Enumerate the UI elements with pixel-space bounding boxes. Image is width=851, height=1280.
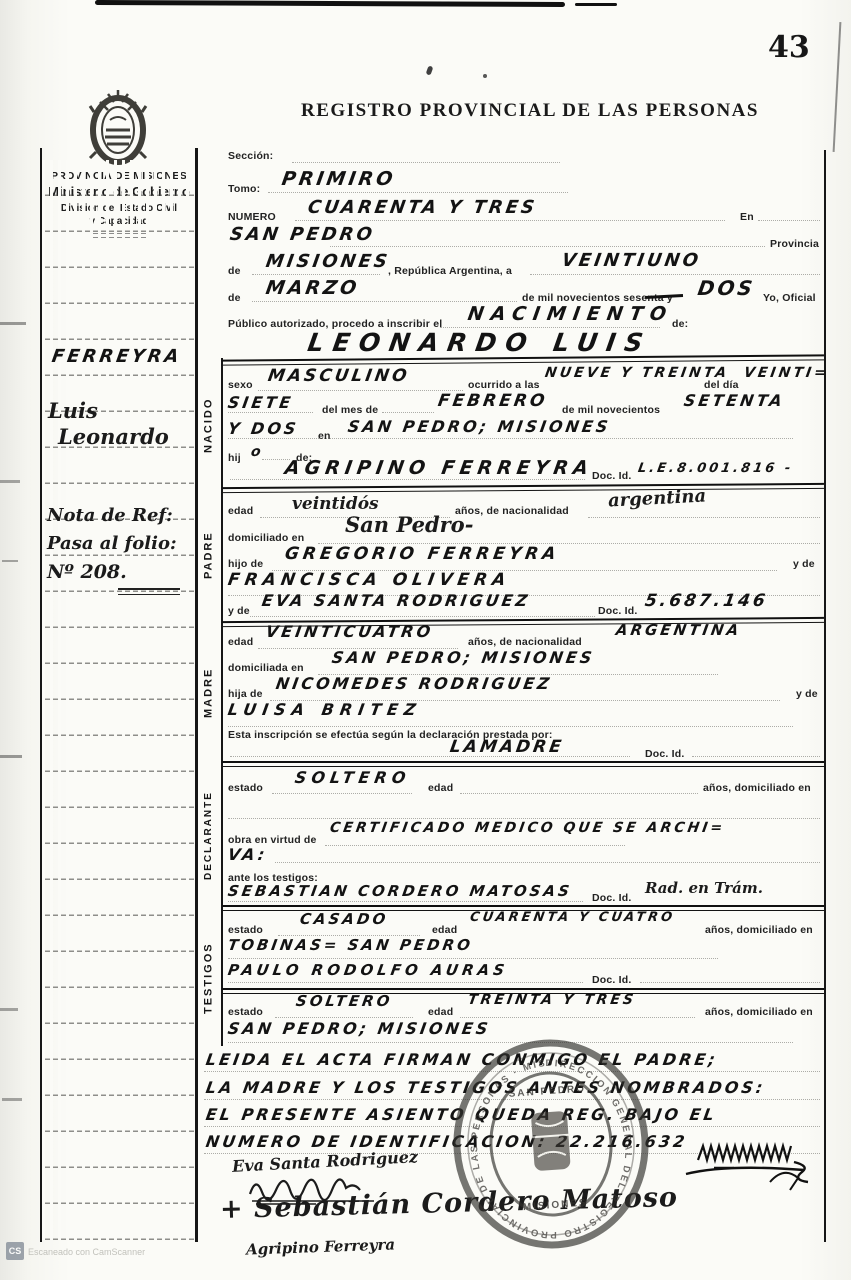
margin-given-name-2: Leonardo <box>58 424 169 449</box>
section-label-nacido: NACIDO <box>196 366 221 484</box>
w1-estado-label: estado <box>228 924 263 936</box>
stamp-bottom-text: MISIONES <box>523 1198 589 1214</box>
scan-artifact-edge-dash-5 <box>0 1008 18 1011</box>
madre-edad-value: VEINTICUATRO <box>264 622 434 641</box>
w2-dom-label: años, domiciliado en <box>705 1006 813 1018</box>
camscanner-badge: CS <box>6 1242 24 1260</box>
padre-yde-label: y de <box>793 558 815 570</box>
scanned-birth-certificate-page: 43 REGISTRO PROVINCIAL DE LAS PERSONAS P… <box>0 0 851 1280</box>
numero-dotted-line <box>295 220 725 221</box>
tomo-label: Tomo: <box>228 183 260 195</box>
hij-o-value: o <box>250 444 265 460</box>
mother-signature: Eva Santa Rodriguez <box>232 1147 419 1176</box>
birth-year-part2: Y DOS <box>226 419 300 438</box>
scan-artifact-edge-dash-3 <box>2 560 18 562</box>
birth-year-part1: SETENTA <box>682 391 786 410</box>
stamp-coat-of-arms <box>529 1111 573 1172</box>
witness1-docid-label: Doc. Id. <box>592 892 632 904</box>
page-number: 43 <box>768 30 810 65</box>
margin-ref-note-line3: Nº 208. <box>47 561 127 583</box>
padre-grandmother: FRANCISCA OLIVERA <box>226 570 511 590</box>
province-value: MISIONES <box>264 251 391 272</box>
tomo-value: PRIMIRO <box>280 168 397 190</box>
seccion-label: Sección: <box>228 150 273 162</box>
provincial-coat-of-arms-emblem <box>86 86 150 168</box>
declarante-dom-label: años, domiciliado en <box>703 782 811 794</box>
section-label-testigos: TESTIGOS <box>196 912 221 1044</box>
acto-value: NACIMIENTO <box>466 303 675 325</box>
obra-value-line1: CERTIFICADO MEDICO QUE SE ARCHI= <box>329 820 727 836</box>
w2-name-dotted <box>228 982 583 983</box>
padre-dom-label: domiciliado en <box>228 532 304 544</box>
scan-artifact-edge-dash-2 <box>0 480 20 483</box>
place-dotted-line <box>330 246 765 247</box>
dia-label: del día <box>704 379 739 391</box>
birth-day-part2: SIETE <box>226 393 294 412</box>
margin-ref-note-line2: Pasa al folio: <box>47 533 177 554</box>
birthplace-dotted-line <box>228 438 793 439</box>
republica-label: , República Argentina, a <box>388 265 512 277</box>
sexo-label: sexo <box>228 379 253 391</box>
border-right <box>824 150 826 1242</box>
camscanner-text: Escaneado con CamScanner <box>28 1247 145 1257</box>
margin-surname: FERREYRA <box>50 346 183 367</box>
inscripto-name: LEONARDO LUIS <box>306 328 654 357</box>
w1-edad-value: CUARENTA Y CUATRO <box>469 910 676 925</box>
province-dotted-line <box>252 274 380 275</box>
obra-value-line2: VA: <box>226 845 268 864</box>
madre-grandfather: NICOMEDES RODRIGUEZ <box>274 674 553 693</box>
signature-scribble-right <box>684 1138 814 1194</box>
mother-name-dotted <box>250 616 595 617</box>
scan-artifact-right-line <box>833 22 842 152</box>
year-value: DOS <box>696 276 757 300</box>
sexo-dotted-line <box>258 390 463 391</box>
scan-artifact-ink-dot-2 <box>483 74 487 78</box>
w2-estado-label: estado <box>228 1006 263 1018</box>
birth-place-value: SAN PEDRO; MISIONES <box>346 417 612 436</box>
stamp-top-text: SAN PEDRO <box>508 1083 586 1099</box>
w2-name: PAULO RODOLFO AURAS <box>227 961 510 979</box>
witness1-dotted <box>228 901 583 902</box>
margin-ref-note-line1: Nota de Ref: <box>47 505 173 526</box>
mes-dotted-line <box>382 412 434 413</box>
mes-label: del mes de <box>322 404 378 416</box>
father-doc-value: L.E.8.001.816 - <box>637 461 795 476</box>
mother-docid-label: Doc. Id. <box>598 605 638 617</box>
padre-dom-value: San Pedro- <box>345 512 473 537</box>
numero-value: CUARENTA Y TRES <box>306 197 538 218</box>
place-value: SAN PEDRO <box>228 224 376 245</box>
declarante-estado-value: SOLTERO <box>293 768 411 787</box>
madre-dom-value: SAN PEDRO; MISIONES <box>330 648 596 667</box>
birth-month-value: FEBRERO <box>436 391 549 411</box>
madre-nac-value: ARGENTINA <box>615 621 743 639</box>
obra2-dotted <box>275 862 820 863</box>
en2-label: en <box>318 430 331 442</box>
w2-docid-label: Doc. Id. <box>592 974 632 986</box>
w1-edad-label: edad <box>432 924 457 936</box>
birth-day-part1: VEINTI= <box>743 365 830 381</box>
month-dotted-line <box>252 301 517 302</box>
margin-note-underline <box>118 588 180 595</box>
section-label-declarante: DECLARANTE <box>196 768 221 904</box>
padre-nac-dotted <box>588 517 820 518</box>
madre-nac-label: años, de nacionalidad <box>468 636 582 648</box>
de2-label: de <box>228 292 241 304</box>
sexo-value: MASCULINO <box>266 366 411 386</box>
w2-edad-value: TREINTA Y TRES <box>467 992 638 1008</box>
rule-madre-bottom <box>222 761 824 767</box>
ocurrido-label: ocurrido a las <box>468 379 540 391</box>
month-value: MARZO <box>264 277 361 299</box>
seccion-dotted-line <box>292 162 560 163</box>
padre-hijo-label: hijo de <box>228 558 263 570</box>
en-label: En <box>740 211 754 223</box>
padre-edad-label: edad <box>228 505 253 517</box>
madre-grandmother-dotted <box>228 726 793 727</box>
w2-edad-dotted <box>460 1017 695 1018</box>
tomo-dotted-line <box>268 192 568 193</box>
declarant-docid-dotted <box>692 756 820 757</box>
declarant-docid-label: Doc. Id. <box>645 748 685 760</box>
w2-dom-value: SAN PEDRO; MISIONES <box>226 1019 492 1038</box>
official-oval-stamp: DIRECCION GENERAL DEL REGISTRO PROVINCIA… <box>440 1029 663 1259</box>
border-left <box>40 148 42 1242</box>
declarante-blank-dotted <box>228 818 820 819</box>
scan-artifact-edge-dash-1 <box>0 322 26 325</box>
madre-edad-label: edad <box>228 636 253 648</box>
declarante-edad-label: edad <box>428 782 453 794</box>
de3-label: de: <box>672 318 688 330</box>
declarant-dotted <box>230 756 630 757</box>
witness1-name: SEBASTIAN CORDERO MATOSAS <box>227 882 574 900</box>
w1-dom-dotted <box>228 958 718 959</box>
mother-doc-value: 5.687.146 <box>643 591 769 611</box>
obra-dotted <box>325 845 625 846</box>
rule-nacido-bottom <box>222 483 824 493</box>
hij-label: hij <box>228 452 241 464</box>
scan-artifact-edge-dash-4 <box>0 755 22 758</box>
madre-yde2-label: y de <box>796 688 818 700</box>
page-title: REGISTRO PROVINCIAL DE LAS PERSONAS <box>270 100 790 122</box>
numero-label: NUMERO <box>228 211 276 223</box>
de-label: de <box>228 265 241 277</box>
day2-dotted-line <box>228 412 313 413</box>
margin-given-name-1: Luis <box>48 398 98 423</box>
en-dotted-line <box>758 220 820 221</box>
padre-edad-value: veintidós <box>292 494 379 514</box>
day-dotted-line <box>530 274 820 275</box>
padre-nac-value: argentina <box>608 485 707 511</box>
declarante-estado-dotted <box>272 793 412 794</box>
section-label-padre: PADRE <box>196 492 221 618</box>
day-value: VEINTIUNO <box>560 250 702 271</box>
mother-name: EVA SANTA RODRIGUEZ <box>260 591 531 610</box>
madre-yde-label: y de <box>228 605 250 617</box>
scan-artifact-ink-dot <box>426 65 434 75</box>
border-label-column <box>221 358 223 1046</box>
father-dotted-line <box>230 479 585 480</box>
margin-ruled-lines <box>42 160 194 1240</box>
w1-dom-value: TOBINAS= SAN PEDRO <box>227 936 475 954</box>
declarante-estado-label: estado <box>228 782 263 794</box>
w2-estado-value: SOLTERO <box>295 992 394 1010</box>
declarante-edad-dotted <box>460 793 698 794</box>
w1-dom-label: años, domiciliado en <box>705 924 813 936</box>
padre-grandfather: GREGORIO FERREYRA <box>283 544 561 564</box>
w2-estado-dotted <box>275 1017 413 1018</box>
scan-artifact-edge-dash-6 <box>2 1098 22 1101</box>
w2-edad-label: edad <box>428 1006 453 1018</box>
father-docid-label: Doc. Id. <box>592 470 632 482</box>
madre-hija-label: hija de <box>228 688 263 700</box>
oficial-label: Yo, Oficial <box>763 292 816 304</box>
w1-estado-value: CASADO <box>299 910 390 928</box>
declarant-value: LAMADRE <box>448 737 565 757</box>
father-signature: Agripino Ferreyra <box>246 1235 396 1258</box>
scan-artifact-top-streak <box>95 0 565 7</box>
father-name: AGRIPINO FERREYRA <box>283 457 594 479</box>
section-label-madre: MADRE <box>196 626 221 760</box>
madre-grandmother: LUISA BRITEZ <box>226 700 423 719</box>
anio-label: de mil novecientos <box>562 404 660 416</box>
scan-artifact-top-streak-2 <box>575 3 617 6</box>
w2-docid-dotted <box>640 982 820 983</box>
birth-time-value: NUEVE Y TREINTA <box>544 365 731 381</box>
madre-dom-label: domiciliada en <box>228 662 304 674</box>
provincia-label: Provincia <box>770 238 819 250</box>
witness1-doc-value: Rad. en Trám. <box>645 879 763 897</box>
